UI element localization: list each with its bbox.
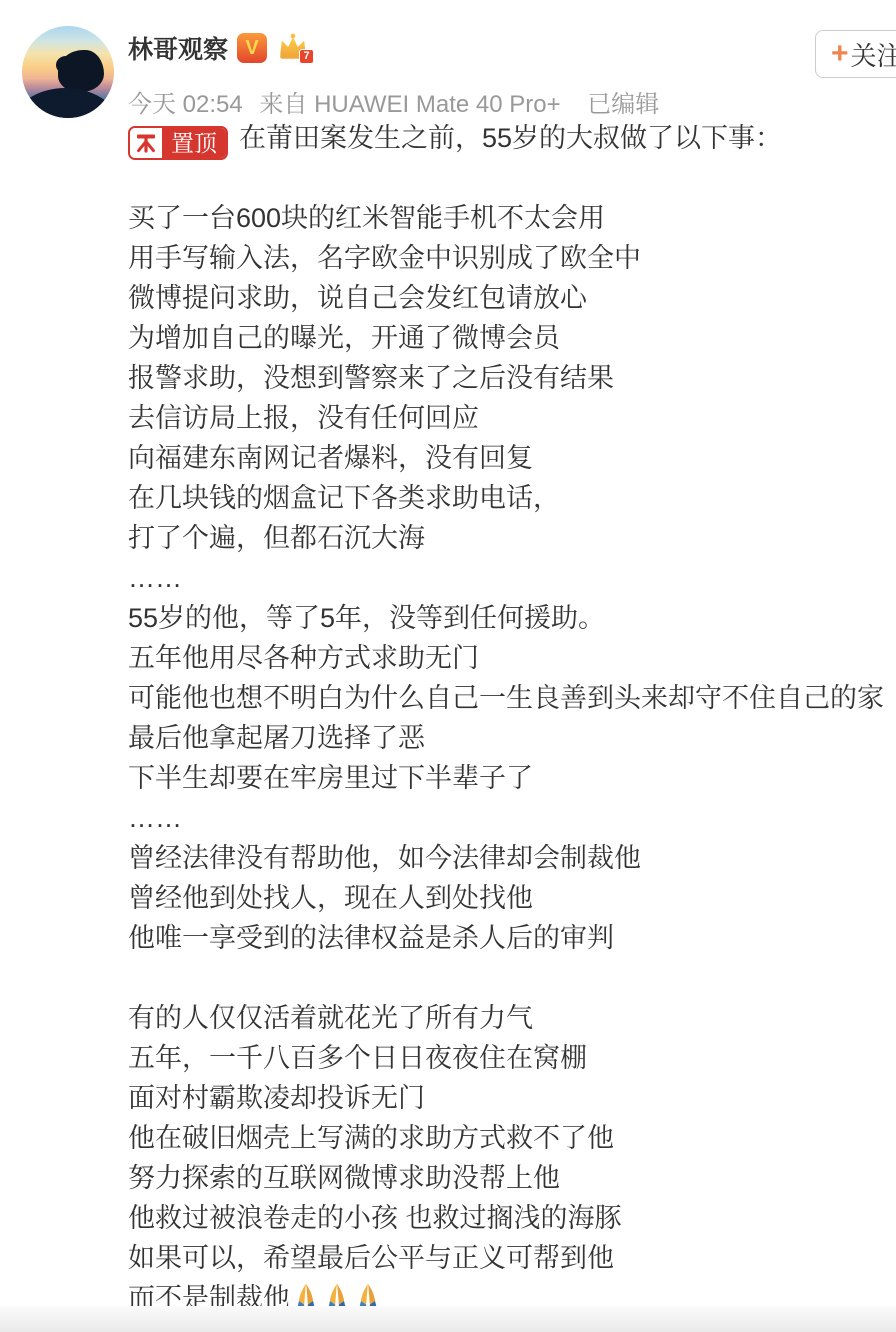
post-line-text: ……: [128, 803, 182, 833]
post-line: 下半生却要在牢房里过下半辈子了: [128, 758, 890, 798]
post-line-text: 五年他用尽各种方式求助无门: [128, 643, 479, 673]
username[interactable]: 林哥观察: [128, 30, 228, 66]
post-line: 打了个遍，但都石沉大海: [128, 518, 890, 558]
post-line-text: 曾经法律没有帮助他，如今法律却会制裁他: [128, 843, 641, 873]
post-line: 他在破旧烟壳上写满的求助方式救不了他: [128, 1118, 890, 1158]
post-line: 曾经他到处找人，现在人到处找他: [128, 878, 890, 918]
post-line-pinned: 置顶 在莆田案发生之前，55岁的大叔做了以下事：: [128, 118, 890, 158]
post-line: [128, 958, 890, 998]
post-line-text: 他在破旧烟壳上写满的求助方式救不了他: [128, 1123, 614, 1153]
pinned-badge: 置顶: [128, 126, 228, 160]
post-line-text: 可能他也想不明白为什么自己一生良善到头来却守不住自己的家: [128, 683, 884, 713]
post-line-text: 为增加自己的曝光，开通了微博会员: [128, 323, 560, 353]
post-timestamp: 今天 02:54: [128, 91, 243, 118]
post-line: 如果可以，希望最后公平与正义可帮到他: [128, 1238, 890, 1278]
post-line-text: 他唯一享受到的法律权益是杀人后的审判: [128, 923, 614, 953]
post-line-text: 五年，一千八百多个日日夜夜住在窝棚: [128, 1043, 587, 1073]
post-line-text: 曾经他到处找人，现在人到处找他: [128, 883, 533, 913]
post-line-text: 去信访局上报，没有任何回应: [128, 403, 479, 433]
post-meta: 今天 02:54 来自 HUAWEI Mate 40 Pro+ 已编辑: [128, 84, 659, 119]
plus-icon: +: [831, 39, 849, 69]
post-line-text: 有的人仅仅活着就花光了所有力气: [128, 1003, 533, 1033]
post-line: ……: [128, 558, 890, 598]
post-line-text: 如果可以，希望最后公平与正义可帮到他: [128, 1243, 614, 1273]
post-line: ……: [128, 798, 890, 838]
post-line: 微博提问求助，说自己会发红包请放心: [128, 278, 890, 318]
vip-crown-icon: 7: [276, 32, 312, 64]
avatar[interactable]: [22, 26, 114, 118]
user-name-row: 林哥观察 V 7: [128, 30, 312, 66]
post-line: 有的人仅仅活着就花光了所有力气: [128, 998, 890, 1038]
post-source-link[interactable]: 来自 HUAWEI Mate 40 Pro+: [259, 91, 560, 118]
post-line: 最后他拿起屠刀选择了恶: [128, 718, 890, 758]
post-line-text: ……: [128, 563, 182, 593]
verified-v-icon: V: [237, 33, 267, 63]
pinned-label: 置顶: [162, 128, 226, 158]
post-line-text: 他救过被浪卷走的小孩 也救过搁浅的海豚: [128, 1203, 622, 1233]
avatar-silhouette: [58, 50, 104, 92]
edited-label: 已编辑: [587, 91, 659, 118]
post-line: [128, 158, 890, 198]
post-line: 用手写输入法，名字欧金中识别成了欧全中: [128, 238, 890, 278]
post-line-text: 在几块钱的烟盒记下各类求助电话，: [128, 483, 560, 513]
avatar-silhouette: [22, 88, 114, 118]
post-line: 努力探索的互联网微博求助没帮上他: [128, 1158, 890, 1198]
post-line: 去信访局上报，没有任何回应: [128, 398, 890, 438]
post-line: 55岁的他，等了5年，没等到任何援助。: [128, 598, 890, 638]
post-line: 他救过被浪卷走的小孩 也救过搁浅的海豚: [128, 1198, 890, 1238]
post-line: 曾经法律没有帮助他，如今法律却会制裁他: [128, 838, 890, 878]
post-line: 五年他用尽各种方式求助无门: [128, 638, 890, 678]
post-line: 为增加自己的曝光，开通了微博会员: [128, 318, 890, 358]
post-line: 在几块钱的烟盒记下各类求助电话，: [128, 478, 890, 518]
post-line: 他唯一享受到的法律权益是杀人后的审判: [128, 918, 890, 958]
post-line-text: 微博提问求助，说自己会发红包请放心: [128, 283, 587, 313]
post-line-text: 最后他拿起屠刀选择了恶: [128, 723, 425, 753]
post-line: 五年，一千八百多个日日夜夜住在窝棚: [128, 1038, 890, 1078]
post-line-text: 在莆田案发生之前，55岁的大叔做了以下事：: [239, 123, 782, 153]
post-line-text: 买了一台600块的红米智能手机不太会用: [128, 203, 605, 233]
post-line-text: 努力探索的互联网微博求助没帮上他: [128, 1163, 560, 1193]
pin-to-top-icon: [130, 128, 162, 158]
post-line: 向福建东南网记者爆料，没有回复: [128, 438, 890, 478]
post-line-text: 向福建东南网记者爆料，没有回复: [128, 443, 533, 473]
post-line: 报警求助，没想到警察来了之后没有结果: [128, 358, 890, 398]
follow-button[interactable]: + 关注: [815, 30, 896, 78]
post-line: 可能他也想不明白为什么自己一生良善到头来却守不住自己的家: [128, 678, 890, 718]
post-line-text: 下半生却要在牢房里过下半辈子了: [128, 763, 533, 793]
post-line-text: 打了个遍，但都石沉大海: [128, 523, 425, 553]
bottom-fade: [0, 1306, 896, 1332]
post-line: 面对村霸欺凌却投诉无门: [128, 1078, 890, 1118]
post-line-text: 55岁的他，等了5年，没等到任何援助。: [128, 603, 605, 633]
post-text: 置顶 在莆田案发生之前，55岁的大叔做了以下事： 买了一台600块的红米智能手机…: [128, 118, 890, 1318]
post-line-text: 面对村霸欺凌却投诉无门: [128, 1083, 425, 1113]
follow-button-label: 关注: [851, 36, 896, 73]
post-line-text: 报警求助，没想到警察来了之后没有结果: [128, 363, 614, 393]
weibo-post-card: 林哥观察 V 7 今天 02:54 来自 HUAWEI Mate 40 Pro+…: [0, 0, 896, 1332]
post-line: 买了一台600块的红米智能手机不太会用: [128, 198, 890, 238]
vip-level-badge: 7: [299, 49, 314, 64]
post-line-text: 用手写输入法，名字欧金中识别成了欧全中: [128, 243, 641, 273]
